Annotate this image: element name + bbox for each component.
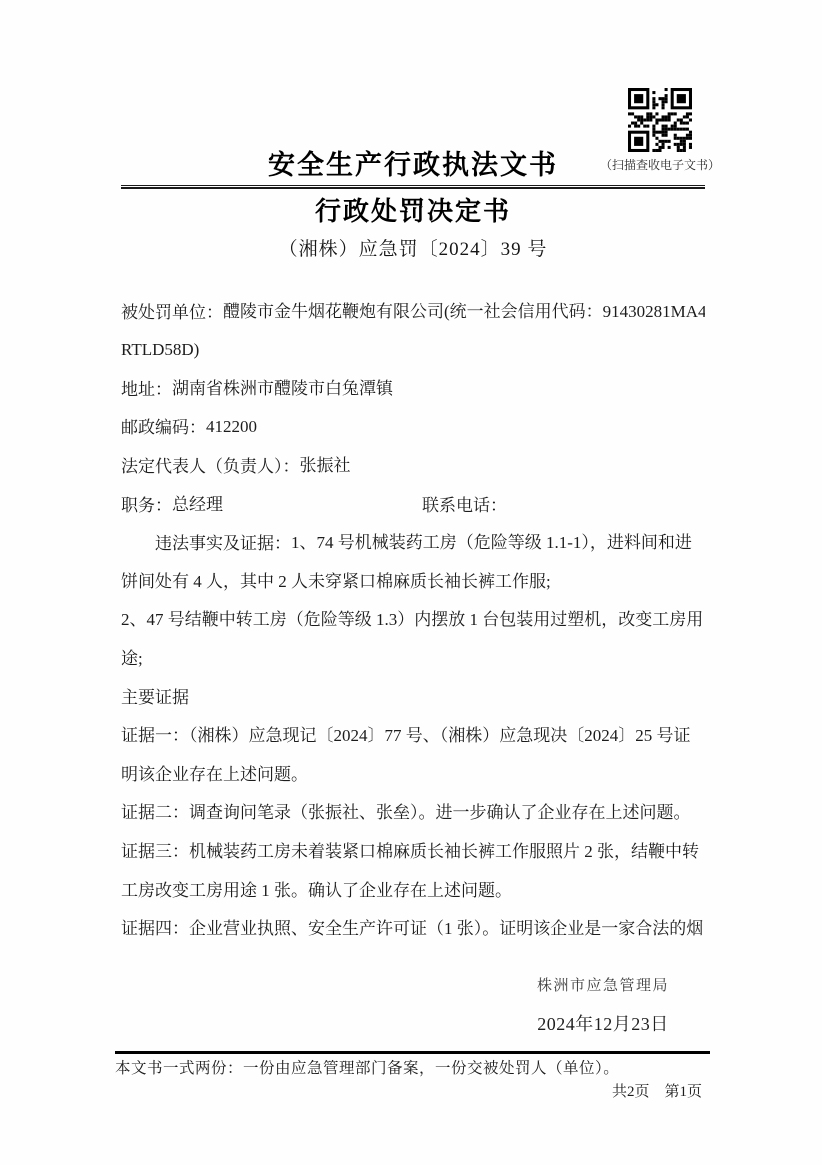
evidence4: 证据四：企业营业执照、安全生产许可证（1 张）。证明该企业是一家合法的烟 bbox=[121, 917, 705, 942]
penalized-unit-value: 醴陵市金牛烟花鞭炮有限公司(统一社会信用代码：91430281MA4 bbox=[223, 300, 705, 325]
penalized-unit-value-cont: RTLD58D) bbox=[121, 338, 705, 363]
evidence1-line1: 证据一：（湘株）应急现记〔2024〕77 号、（湘株）应急现决〔2024〕25 … bbox=[121, 724, 705, 749]
phone-value-2 bbox=[635, 517, 705, 518]
address-value: 湖南省株洲市醴陵市白兔潭镇 bbox=[172, 377, 705, 402]
form-line-evidence2: 证据二：调查询问笔录（张振社、张垒）。进一步确认了企业存在上述问题。 bbox=[121, 788, 705, 827]
page-number: 共2页 第1页 bbox=[115, 1080, 710, 1101]
issuing-agency: 株洲市应急管理局 bbox=[537, 978, 669, 994]
position-label: 职务： bbox=[121, 494, 172, 518]
form-line-evidence4: 证据四：企业营业执照、安全生产许可证（1 张）。证明该企业是一家合法的烟 bbox=[121, 904, 705, 943]
form-line-evidence-heading: 主要证据 bbox=[121, 672, 705, 711]
form-line-postcode: 邮政编码： 412200 bbox=[121, 402, 705, 441]
evidence2: 证据二：调查询问笔录（张振社、张垒）。进一步确认了企业存在上述问题。 bbox=[121, 801, 705, 826]
legal-rep-value: 张振社 bbox=[300, 454, 706, 479]
signature-block: 株洲市应急管理局 2024年12月23日 bbox=[537, 978, 669, 1035]
form-line-evidence1-1: 证据一：（湘株）应急现记〔2024〕77 号、（湘株）应急现决〔2024〕25 … bbox=[121, 711, 705, 750]
form-line-facts-4: 途; bbox=[121, 633, 705, 672]
evidence3-line2: 工房改变工房用途 1 张。确认了企业存在上述问题。 bbox=[121, 879, 705, 904]
facts-line1: 1、74 号机械装药工房（危险等级 1.1-1），进料间和进 bbox=[291, 531, 705, 556]
form-line-evidence3-1: 证据三：机械装药工房未着装紧口棉麻质长袖长裤工作服照片 2 张，结鞭中转 bbox=[121, 826, 705, 865]
form-body: 被处罚单位： 醴陵市金牛烟花鞭炮有限公司(统一社会信用代码：91430281MA… bbox=[121, 286, 705, 942]
form-line-facts-3: 2、47 号结鞭中转工房（危险等级 1.3）内摆放 1 台包装用过塑机，改变工房… bbox=[121, 595, 705, 634]
form-line-evidence3-2: 工房改变工房用途 1 张。确认了企业存在上述问题。 bbox=[121, 865, 705, 904]
qr-caption: （扫描查收电子文书） bbox=[598, 156, 722, 173]
penalized-unit-label: 被处罚单位： bbox=[121, 301, 223, 325]
page-footer: 本文书一式两份：一份由应急管理部门备案，一份交被处罚人（单位）。 共2页 第1页 bbox=[115, 1051, 710, 1101]
form-line-address: 地址： 湖南省株洲市醴陵市白兔潭镇 bbox=[121, 363, 705, 402]
address-label: 地址： bbox=[121, 378, 172, 402]
form-line-legal-rep: 法定代表人（负责人）： 张振社 bbox=[121, 440, 705, 479]
form-line-penalized-unit: 被处罚单位： 醴陵市金牛烟花鞭炮有限公司(统一社会信用代码：91430281MA… bbox=[121, 286, 705, 325]
doc-title: 行政处罚决定书 bbox=[121, 197, 705, 225]
qr-block: （扫描查收电子文书） bbox=[598, 88, 722, 173]
evidence1-line2: 明该企业存在上述问题。 bbox=[121, 763, 705, 788]
phone-label: 联系电话： bbox=[422, 494, 507, 518]
qr-code bbox=[628, 88, 692, 152]
form-line-position-phone: 职务： 总经理 联系电话： bbox=[121, 479, 705, 518]
form-line-evidence1-2: 明该企业存在上述问题。 bbox=[121, 749, 705, 788]
double-rule bbox=[121, 185, 705, 189]
facts-line2: 饼间处有 4 人，其中 2 人未穿紧口棉麻质长袖长裤工作服; bbox=[121, 570, 705, 595]
form-line-facts-1: 违法事实及证据： 1、74 号机械装药工房（危险等级 1.1-1），进料间和进 bbox=[121, 518, 705, 557]
doc-number: （湘株）应急罚〔2024〕39 号 bbox=[121, 238, 705, 262]
facts-line4: 途; bbox=[121, 647, 705, 672]
facts-label: 违法事实及证据： bbox=[121, 532, 291, 556]
phone-value-1 bbox=[507, 517, 607, 518]
penalty-decision-document: （扫描查收电子文书） 安全生产行政执法文书 行政处罚决定书 （湘株）应急罚〔20… bbox=[0, 0, 822, 1165]
position-value: 总经理 bbox=[172, 493, 412, 518]
postcode-value: 412200 bbox=[206, 415, 705, 440]
facts-line3: 2、47 号结鞭中转工房（危险等级 1.3）内摆放 1 台包装用过塑机，改变工房… bbox=[121, 608, 705, 633]
legal-rep-label: 法定代表人（负责人）： bbox=[121, 455, 300, 479]
evidence-heading: 主要证据 bbox=[121, 686, 705, 711]
form-line-penalized-unit-cont: RTLD58D) bbox=[121, 325, 705, 364]
issue-date: 2024年12月23日 bbox=[537, 1013, 669, 1035]
footer-note: 本文书一式两份：一份由应急管理部门备案，一份交被处罚人（单位）。 bbox=[115, 1058, 710, 1079]
form-line-facts-2: 饼间处有 4 人，其中 2 人未穿紧口棉麻质长袖长裤工作服; bbox=[121, 556, 705, 595]
postcode-label: 邮政编码： bbox=[121, 416, 206, 440]
evidence3-line1: 证据三：机械装药工房未着装紧口棉麻质长袖长裤工作服照片 2 张，结鞭中转 bbox=[121, 840, 705, 865]
